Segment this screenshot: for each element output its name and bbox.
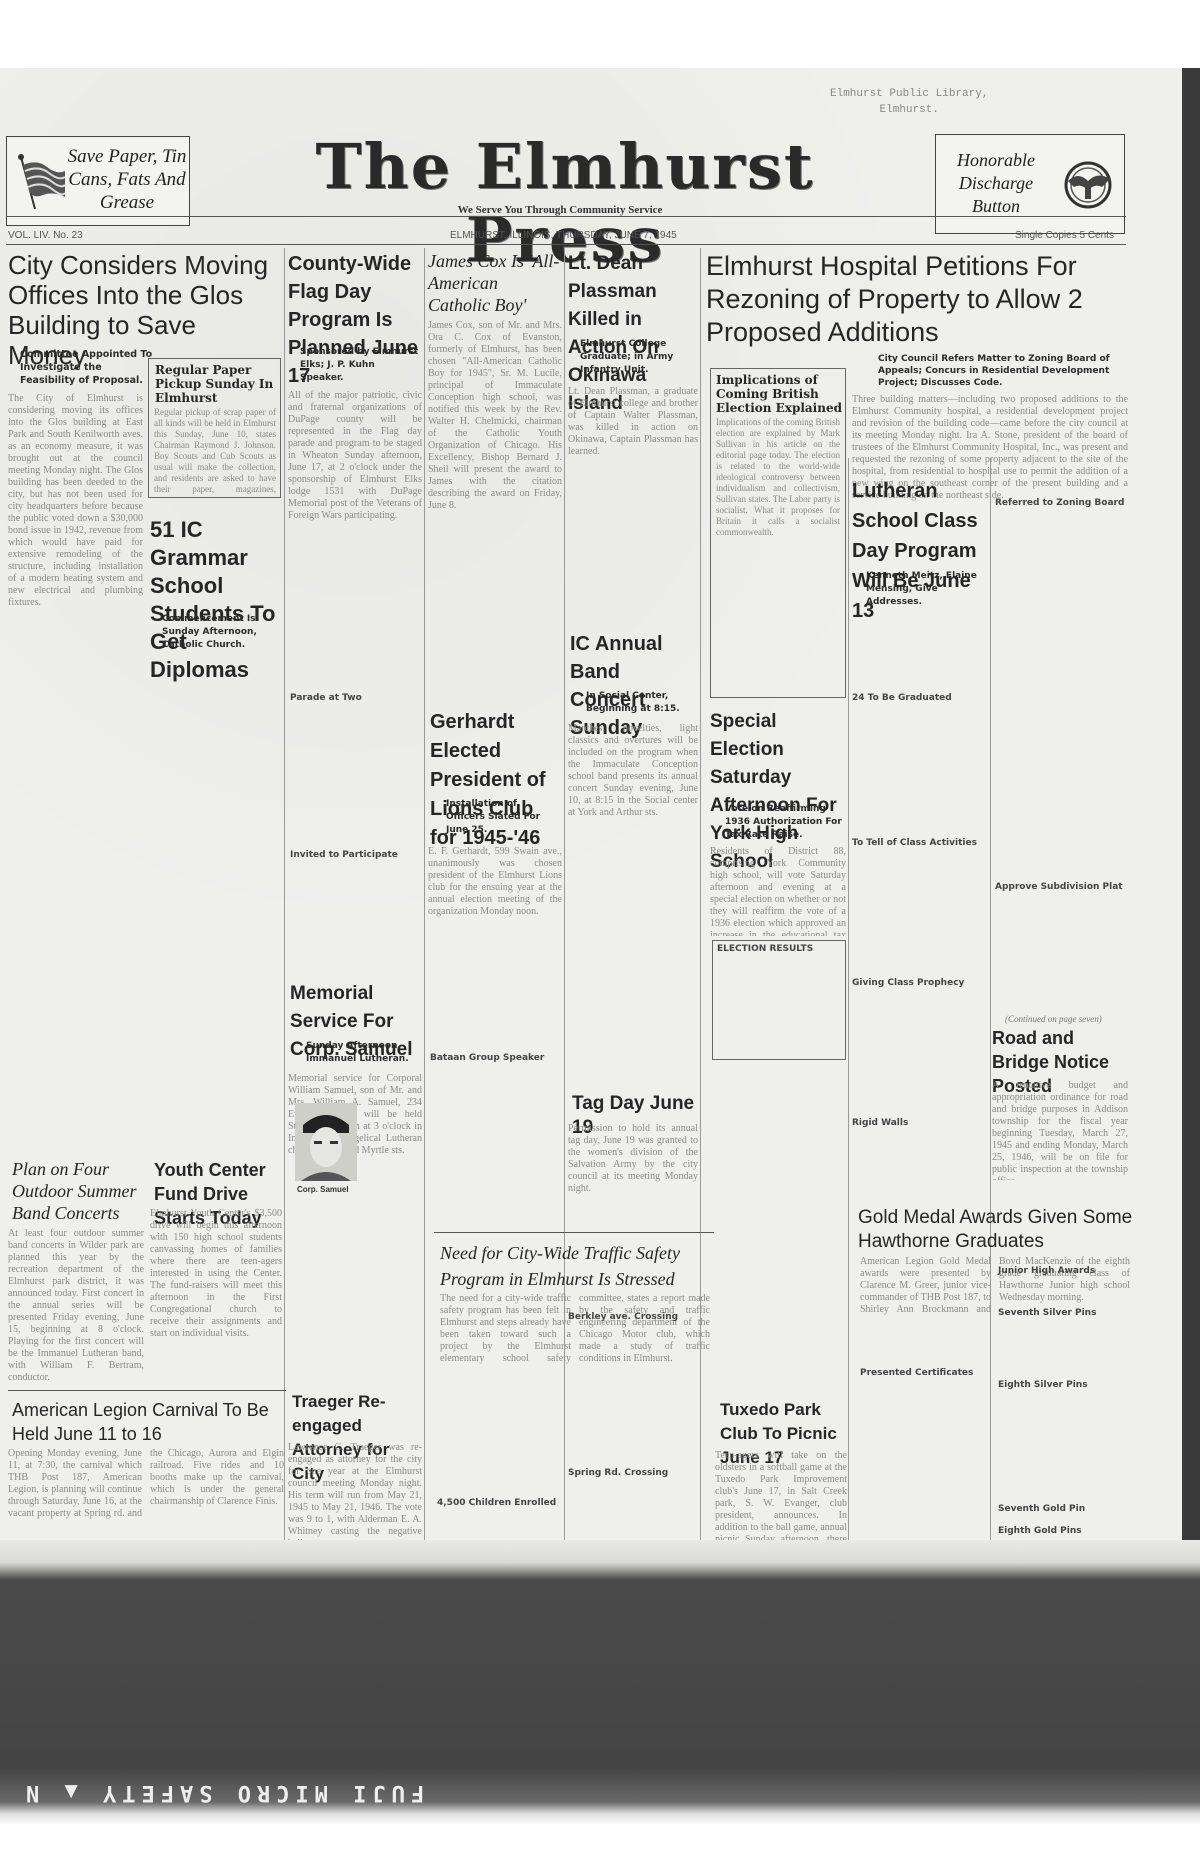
deck-flag-day: Sponsored by Elmhurst Elks; J. P. Kuhn S… [300,346,420,385]
deck-grammar-school: Commencement Is Sunday Afternoon, Cathol… [162,613,282,652]
deck-gerhardt: Installation of Officers Slated For June… [446,798,556,837]
subhead-class-activities: To Tell of Class Activities [852,838,977,848]
body-gold-medal: American Legion Gold Medal awards were p… [860,1256,1130,1556]
stamp-line: Elmhurst. [830,102,988,118]
election-results-title: ELECTION RESULTS [717,944,813,954]
body-special-election: Residents of District 88, comprising Yor… [710,846,846,936]
headline-james-cox: James Cox Is 'All-American Catholic Boy' [428,250,562,316]
body-flag-day: All of the major patriotic, civic and fr… [288,390,422,820]
right-ear-text: Honorable Discharge Button [946,149,1046,218]
subhead-zoning-board: Referred to Zoning Board [995,498,1124,508]
subhead-bataan: Bataan Group Speaker [430,1053,544,1063]
subhead-spring-rd: Spring Rd. Crossing [568,1468,668,1478]
column-rule [848,458,849,1548]
subhead-seventh-gold: Seventh Gold Pin [998,1504,1085,1514]
body-gerhardt: E. F. Gerhardt, 599 Swain ave., unanimou… [428,846,562,1216]
subhead-junior-high: Junior High Awards [998,1266,1095,1276]
subhead-24-graduated: 24 To Be Graduated [852,693,952,703]
subhead-eighth-gold: Eighth Gold Pins [998,1526,1082,1536]
right-ear-box: Honorable Discharge Button [935,134,1125,234]
film-margin-top [0,0,1200,68]
masthead-rule-bottom [6,244,1126,245]
deck-hospital: City Council Refers Matter to Zoning Boa… [878,353,1128,389]
subhead-children-enrolled: 4,500 Children Enrolled [437,1498,556,1508]
newspaper-page: Elmhurst Public Library, Elmhurst. Save … [0,68,1182,1553]
american-flag-icon [15,151,67,211]
headline-hospital: Elmhurst Hospital Petitions For Rezoning… [706,250,1126,349]
volume-number: VOL. LIV. No. 23 [8,230,83,241]
body-traeger: Lawrence C. Traeger was re-engaged as at… [288,1442,422,1552]
column-rule [424,248,425,1548]
masthead-rule-top [6,216,1126,217]
left-ear-text: Save Paper, Tin Cans, Fats And Grease [67,145,187,214]
deck-lutheran-school: Kenneth Meitz, Elaine Mensing, Give Addr… [866,570,990,609]
body-youth-center: Elmhurst Youth Center's $3,500 drive wil… [150,1208,282,1388]
body-paper-pickup: Regular pickup of scrap paper of all kin… [154,407,276,495]
paper-pickup-box: Regular Paper Pickup Sunday In Elmhurst … [148,358,281,498]
portrait-icon [295,1103,357,1181]
subhead-certificates: Presented Certificates [860,1368,973,1378]
body-city-offices: The City of Elmhurst is considering movi… [8,393,143,913]
headline-summer-concerts: Plan on Four Outdoor Summer Band Concert… [12,1158,147,1224]
headline-gold-medal: Gold Medal Awards Given Some Hawthorne G… [858,1206,1148,1254]
subhead-eighth-silver: Eighth Silver Pins [998,1380,1088,1390]
body-james-cox: James Cox, son of Mr. and Mrs. Ora C. Co… [428,320,562,615]
body-summer-concerts: At least four outdoor summer band concer… [8,1228,144,1388]
continued-hospital: (Continued on page seven) [1005,1014,1102,1024]
dateline: ELMHURST, ILLINOIS, THURSDAY, JUNE 7, 19… [450,230,677,241]
corp-samuel-photo [295,1103,357,1181]
subhead-invited: Invited to Participate [290,850,398,860]
body-road-bridge: A tentative budget and appropriation ord… [992,1080,1128,1180]
film-edge-print: FUJI MICRO SAFETY ▲ N [20,1780,424,1805]
subhead-rigid-walls: Rigid Walls [852,1118,908,1128]
deck-plassman: Elmhurst College Graduate; in Army Infan… [580,338,698,377]
photo-caption: Corp. Samuel [297,1185,349,1194]
subhead-parade-at-two: Parade at Two [290,693,362,703]
price: Single Copies 5 Cents [1015,230,1114,241]
headline-traffic-safety: Need for City-Wide Traffic Safety Progra… [440,1240,720,1292]
deck-memorial: Sunday Afternoon, Immanuel Lutheran. [306,1040,424,1066]
body-traffic-safety: The need for a city-wide traffic safety … [440,1293,710,1563]
headline-legion-carnival: American Legion Carnival To Be Held June… [12,1398,287,1446]
body-tag-day: Permission to hold its annual tag day, J… [568,1123,698,1218]
column-rule [284,248,285,1548]
deck-city-offices: Committee Appointed To Investigate the F… [20,348,155,387]
body-british-election: Implications of the coming British elect… [716,417,840,692]
headline-british-election: Implications of Coming British Election … [716,373,844,415]
film-margin-right [1182,68,1200,1753]
british-election-box: Implications of Coming British Election … [710,368,846,698]
deck-band-concert: In Social Center, Beginning at 8:15. [586,690,698,716]
body-plassman: Lt. Dean Plassman, a graduate of Elmhurs… [568,386,698,616]
deck-special-election: Vote on Reaffirming 1936 Authorization F… [725,803,845,842]
stamp-line: Elmhurst Public Library, [830,86,988,102]
masthead-motto: We Serve You Through Community Service [360,204,760,216]
subhead-class-prophecy: Giving Class Prophecy [852,978,964,988]
body-grammar-school [148,658,282,1068]
subhead-berkley: Berkley ave. Crossing [568,1312,678,1322]
discharge-button-eagle-icon [1058,157,1118,213]
subhead-seventh-silver: Seventh Silver Pins [998,1308,1096,1318]
body-legion-carnival: Opening Monday evening, June 11, at 7:30… [8,1448,284,1553]
election-results-box: ELECTION RESULTS [712,940,846,1060]
traffic-rule [434,1232,714,1233]
left-ear-box: Save Paper, Tin Cans, Fats And Grease [6,136,190,226]
subhead-subdivision: Approve Subdivision Plat [995,882,1123,892]
library-stamp: Elmhurst Public Library, Elmhurst. [830,86,988,118]
headline-paper-pickup: Regular Paper Pickup Sunday In Elmhurst [155,363,275,405]
carnival-rule [8,1390,286,1391]
